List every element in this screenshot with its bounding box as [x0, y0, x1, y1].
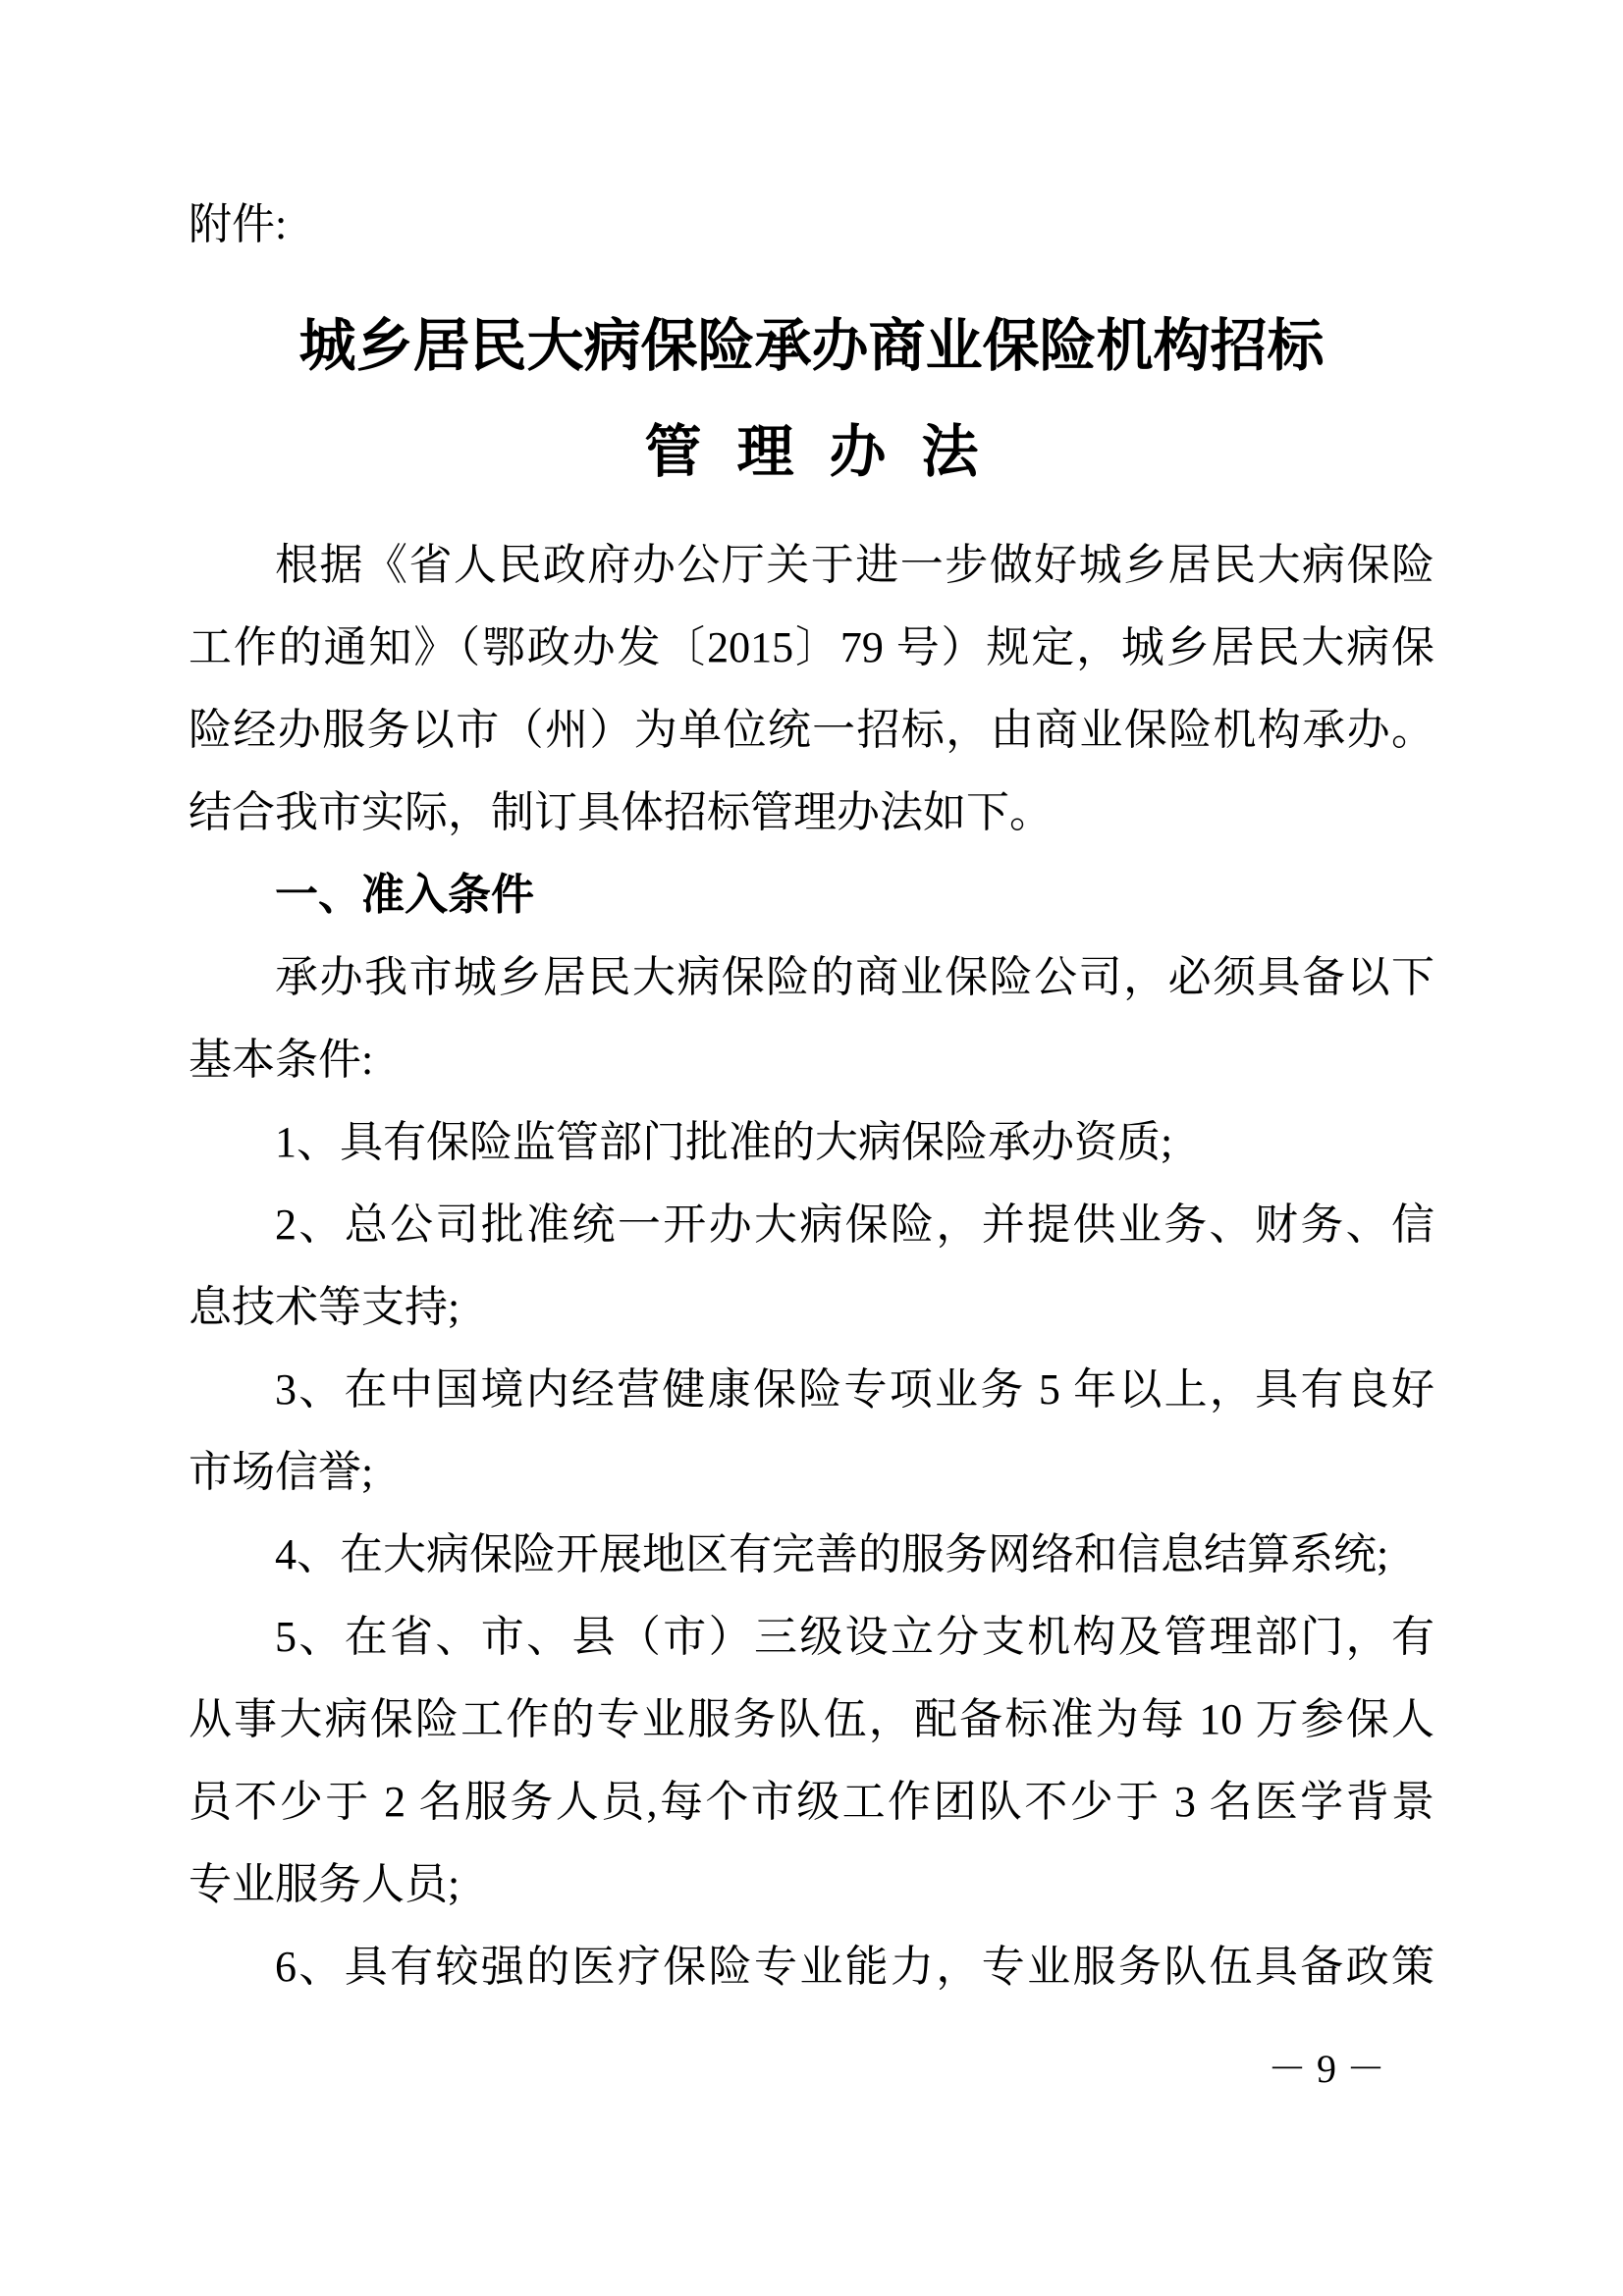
- document-title-line-2: 管理办法: [189, 416, 1434, 489]
- attachment-label: 附件:: [189, 196, 1434, 253]
- body-lines: 根据《省人民政府办公厅关于进一步做好城乡居民大病保险工作的通知》（鄂政办发〔20…: [189, 524, 1434, 2008]
- body-line: 险经办服务以市（州）为单位统一招标，由商业保险机构承办。: [189, 689, 1434, 772]
- document-content: 附件: 城乡居民大病保险承办商业保险机构招标 管理办法 根据《省人民政府办公厅关…: [0, 0, 1623, 2008]
- document-title-line-1: 城乡居民大病保险承办商业保险机构招标: [189, 310, 1434, 383]
- body-line: 承办我市城乡居民大病保险的商业保险公司，必须具备以下: [189, 936, 1434, 1019]
- section-heading: 一、准入条件: [189, 854, 1434, 936]
- body-line: 4、在大病保险开展地区有完善的服务网络和信息结算系统;: [189, 1514, 1434, 1596]
- body-line: 从事大病保险工作的专业服务队伍，配备标准为每 10 万参保人: [189, 1679, 1434, 1761]
- body-line: 1、具有保险监管部门批准的大病保险承办资质;: [189, 1101, 1434, 1184]
- document-page: 附件: 城乡居民大病保险承办商业保险机构招标 管理办法 根据《省人民政府办公厅关…: [0, 0, 1623, 2296]
- body-line: 2、总公司批准统一开办大病保险，并提供业务、财务、信: [189, 1184, 1434, 1266]
- body-line: 3、在中国境内经营健康保险专项业务 5 年以上，具有良好: [189, 1349, 1434, 1431]
- body-line: 专业服务人员;: [189, 1843, 1434, 1926]
- body-line: 基本条件:: [189, 1019, 1434, 1101]
- body-line: 市场信誉;: [189, 1431, 1434, 1514]
- body-line: 结合我市实际，制订具体招标管理办法如下。: [189, 772, 1434, 854]
- body-line: 息技术等支持;: [189, 1266, 1434, 1349]
- body-line: 6、具有较强的医疗保险专业能力，专业服务队伍具备政策: [189, 1926, 1434, 2008]
- body-line: 工作的通知》（鄂政办发〔2015〕79 号）规定，城乡居民大病保: [189, 607, 1434, 689]
- page-number: － 9 －: [1268, 2048, 1385, 2091]
- body-line: 员不少于 2 名服务人员,每个市级工作团队不少于 3 名医学背景: [189, 1761, 1434, 1843]
- body-line: 根据《省人民政府办公厅关于进一步做好城乡居民大病保险: [189, 524, 1434, 607]
- body-line: 5、在省、市、县（市）三级设立分支机构及管理部门，有: [189, 1596, 1434, 1679]
